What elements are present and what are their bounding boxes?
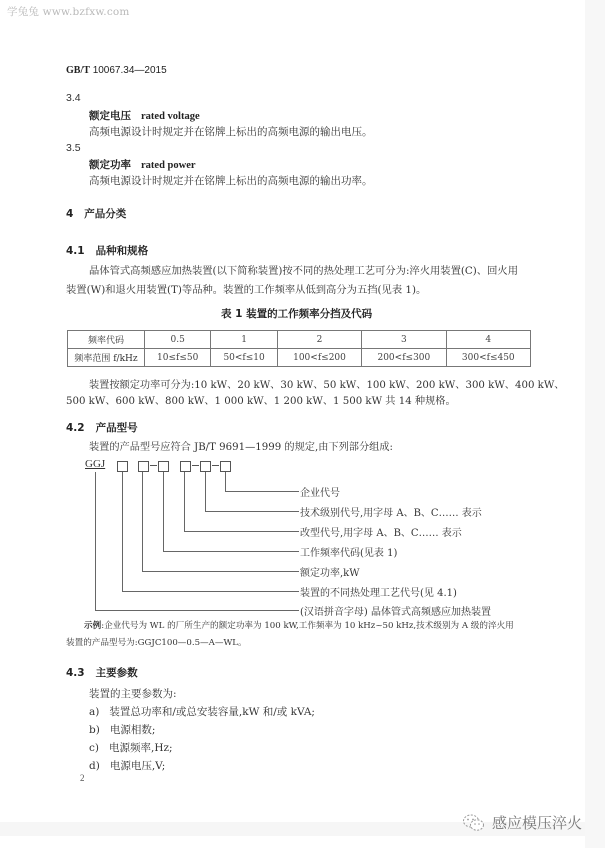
table-1-caption: 表 1 装置的工作频率分挡及代码: [221, 306, 372, 321]
table-cell: 50<f≤10: [211, 349, 277, 367]
definition-rated-power: 高频电源设计时规定并在铭牌上标出的高频电源的输出功率。: [89, 174, 373, 188]
table-cell: 1: [211, 331, 277, 349]
connector-line: [122, 472, 123, 572]
table-cell: 10≤f≤50: [145, 349, 211, 367]
label-tech-level-code: 技术级别代号,用字母 A、B、C…… 表示: [300, 504, 482, 519]
connector-line: [142, 571, 299, 572]
table-cell: 2: [277, 331, 361, 349]
section-number: 4.2: [66, 422, 85, 434]
section-number: 4.1: [66, 245, 85, 257]
paragraph-4-1-line2: 装置(W)和退火用装置(T)等品种。装置的工作频率从低到高分为五挡(见表 1)。: [66, 283, 426, 297]
table-cell: 200<f≤300: [362, 349, 446, 367]
page-margin-strip: [585, 0, 605, 848]
connector-line: [184, 531, 299, 532]
definition-rated-voltage: 高频电源设计时规定并在铭牌上标出的高频电源的输出电压。: [89, 125, 373, 139]
wechat-icon: [462, 814, 486, 832]
section-title: 产品型号: [96, 422, 138, 434]
table-cell: 300<f≤450: [446, 349, 530, 367]
table-row-header: 频率代码: [68, 331, 145, 349]
code-dash: [192, 465, 199, 466]
model-intro: 装置的产品型号应符合 JB/T 9691—1999 的规定,由下列部分组成:: [89, 441, 393, 455]
section-title: 产品分类: [84, 208, 126, 220]
table-row: 频率范围 f/kHz 10≤f≤50 50<f≤10 100<f≤200 200…: [68, 349, 531, 367]
section-number: 4.3: [66, 667, 85, 679]
table-cell: 0.5: [145, 331, 211, 349]
connector-line: [205, 511, 299, 512]
list-marker: d): [89, 760, 100, 772]
section-4-heading: 4 产品分类: [66, 206, 126, 221]
list-marker: c): [89, 742, 99, 754]
code-box-power: [138, 461, 149, 472]
list-marker: b): [89, 724, 100, 736]
term-rated-power: 额定功率rated power: [89, 157, 196, 172]
model-prefix: GGJ: [85, 458, 105, 470]
power-specs-line2: 500 kW、600 kW、800 kW、1 000 kW、1 200 kW、1…: [66, 395, 456, 409]
connector-line: [205, 472, 206, 491]
connector-line: [225, 472, 226, 491]
section-4-1-heading: 4.1 品种和规格: [66, 243, 148, 258]
list-item: c) 电源频率,Hz;: [89, 741, 173, 755]
connector-line: [122, 572, 123, 592]
label-enterprise-code: 企业代号: [300, 484, 340, 499]
section-4-3-heading: 4.3 主要参数: [66, 665, 138, 680]
wechat-watermark: 感应模压淬火: [462, 812, 582, 833]
standard-number: 10067.34—2015: [93, 65, 167, 76]
code-box-tech-level: [200, 461, 211, 472]
code-box-enterprise: [220, 461, 231, 472]
section-4-2-heading: 4.2 产品型号: [66, 420, 138, 435]
standard-prefix: GB/T: [66, 65, 90, 76]
term-zh: 额定功率: [89, 159, 131, 171]
model-code-pattern: GGJ: [85, 458, 105, 470]
power-specs-line1: 装置按额定功率可分为:10 kW、20 kW、30 kW、50 kW、100 k…: [89, 379, 565, 393]
table-cell: 4: [446, 331, 530, 349]
term-en: rated power: [141, 160, 196, 171]
connector-line: [95, 472, 96, 590]
connector-line: [95, 590, 96, 611]
code-dash: [150, 465, 157, 466]
code-box-frequency: [158, 461, 169, 472]
connector-line: [163, 531, 164, 552]
site-watermark: 学兔兔 www.bzfxw.com: [7, 4, 130, 19]
example-label: 示例: [84, 621, 101, 631]
code-dash: [212, 465, 219, 466]
clause-number-3-4: 3.4: [66, 92, 81, 104]
connector-line: [225, 491, 299, 492]
connector-line: [184, 472, 185, 510]
section-title: 品种和规格: [96, 245, 149, 257]
paragraph-4-1-line1: 晶体管式高频感应加热装置(以下简称装置)按不同的热处理工艺可分为:淬火用装置(C…: [89, 264, 518, 278]
connector-line: [163, 472, 164, 531]
list-item: d) 电源电压,V;: [89, 759, 165, 773]
frequency-code-table: 频率代码 0.5 1 2 3 4 频率范围 f/kHz 10≤f≤50 50<f…: [67, 330, 531, 367]
term-en: rated voltage: [141, 111, 200, 122]
example-text: :企业代号为 WL 的厂所生产的额定功率为 100 kW,工作频率为 10 kH…: [101, 621, 514, 631]
label-frequency-code: 工作频率代码(见表 1): [300, 544, 397, 559]
table-row-header: 频率范围 f/kHz: [68, 349, 145, 367]
list-marker: a): [89, 706, 99, 718]
parameters-intro: 装置的主要参数为:: [89, 687, 177, 701]
label-device-type: (汉语拼音字母) 晶体管式高频感应加热装置: [300, 603, 491, 618]
connector-line: [163, 551, 299, 552]
page-number: 2: [80, 773, 85, 783]
section-title: 主要参数: [96, 667, 138, 679]
connector-line: [142, 551, 143, 572]
section-number: 4: [66, 208, 73, 220]
table-cell: 100<f≤200: [277, 349, 361, 367]
list-item: b) 电源相数;: [89, 723, 155, 737]
label-rated-power: 额定功率,kW: [300, 564, 360, 579]
list-item: a) 装置总功率和/或总安装容量,kW 和/或 kVA;: [89, 705, 315, 719]
connector-line: [184, 510, 185, 532]
list-text: 装置总功率和/或总安装容量,kW 和/或 kVA;: [109, 706, 315, 718]
code-box-process: [117, 461, 128, 472]
label-revision-code: 改型代号,用字母 A、B、C…… 表示: [300, 524, 462, 539]
list-text: 电源相数;: [110, 724, 156, 736]
term-zh: 额定电压: [89, 110, 131, 122]
clause-number-3-5: 3.5: [66, 142, 81, 154]
label-process-code: 装置的不同热处理工艺代号(见 4.1): [300, 584, 457, 599]
table-cell: 3: [362, 331, 446, 349]
connector-line: [142, 472, 143, 551]
list-text: 电源电压,V;: [110, 760, 165, 772]
connector-line: [95, 610, 299, 611]
standard-header: GB/T 10067.34—2015: [66, 65, 167, 76]
connector-line: [205, 491, 206, 512]
term-rated-voltage: 额定电压rated voltage: [89, 108, 200, 123]
example-line1: 示例:企业代号为 WL 的厂所生产的额定功率为 100 kW,工作频率为 10 …: [84, 619, 514, 633]
table-row: 频率代码 0.5 1 2 3 4: [68, 331, 531, 349]
example-line2: 装置的产品型号为:GGJC100—0.5—A—WL。: [66, 636, 247, 650]
code-box-revision: [180, 461, 191, 472]
wechat-account-name: 感应模压淬火: [492, 812, 582, 833]
list-text: 电源频率,Hz;: [109, 742, 173, 754]
connector-line: [122, 591, 299, 592]
